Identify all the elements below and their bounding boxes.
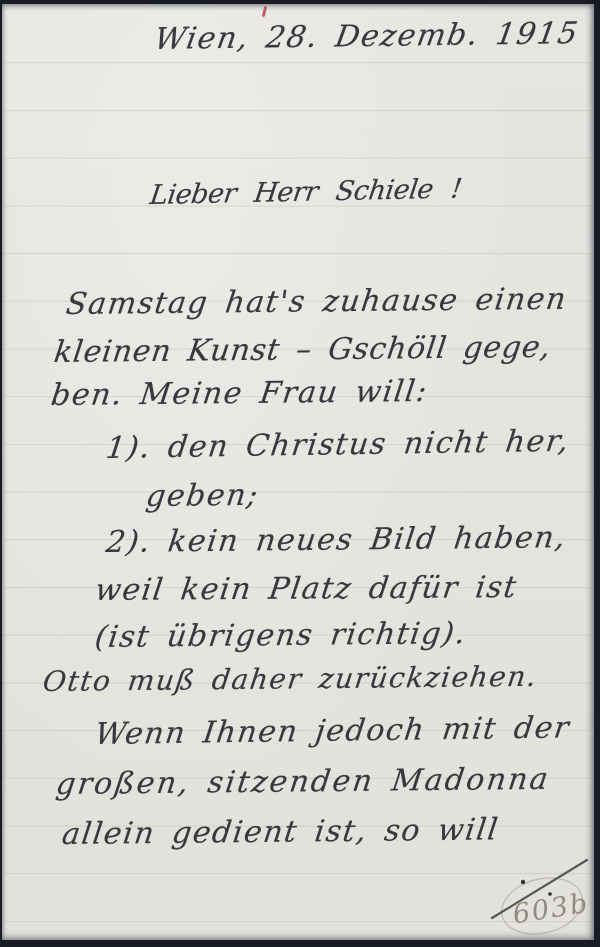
body-line-5: geben; — [144, 478, 261, 514]
body-line-7: weil kein Platz dafür ist — [93, 570, 520, 608]
inventory-number: 603b — [511, 888, 592, 931]
body-line-3: ben. Meine Frau will: — [49, 374, 430, 413]
inventory-annotation: 603b — [470, 852, 595, 942]
body-line-2: kleinen Kunst – Gschöll gege, — [52, 330, 553, 370]
ink-speck-1 — [521, 880, 525, 884]
body-line-4: 1). den Christus nicht her, — [104, 424, 572, 466]
body-line-10: Wenn Ihnen jedoch mit der — [93, 710, 572, 752]
body-line-9: Otto muß daher zurückziehen. — [41, 660, 540, 698]
body-line-8: (ist übrigens richtig). — [93, 616, 469, 655]
red-registrar-tick — [262, 6, 268, 17]
letter-paper: Wien, 28. Dezemb. 1915 Lieber Herr Schie… — [2, 4, 594, 940]
date-line: Wien, 28. Dezemb. 1915 — [152, 16, 581, 57]
body-line-1: Samstag hat's zuhause einen — [64, 282, 569, 322]
salutation-line: Lieber Herr Schiele ! — [148, 174, 464, 211]
body-line-6: 2). kein neues Bild haben, — [104, 520, 569, 560]
body-line-11: großen, sitzenden Madonna — [54, 762, 552, 802]
body-line-12: allein gedient ist, so will — [60, 812, 501, 852]
